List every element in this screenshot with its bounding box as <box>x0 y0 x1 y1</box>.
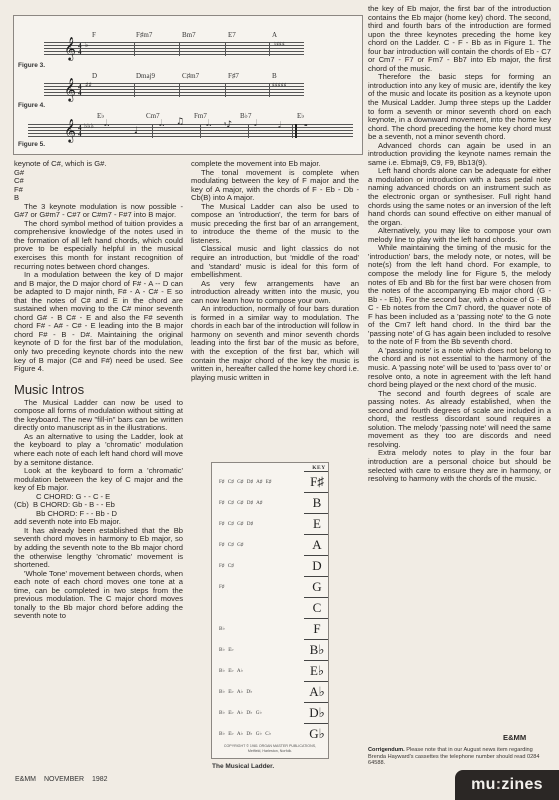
body-paragraph: The Musical Ladder can now be used to co… <box>14 399 183 433</box>
body-paragraph: As very few arrangements have an introdu… <box>191 280 359 306</box>
ladder-rung: F♯ C♯ G♯ D♯E <box>212 513 328 535</box>
body-paragraph: A 'passing note' is a note which does no… <box>368 347 551 390</box>
body-paragraph: Extra melody notes to play in the four b… <box>368 449 551 483</box>
key-signature-change: ♮♯♯♯ <box>274 41 285 48</box>
body-paragraph: 'Whole Tone' movement between chords, wh… <box>14 570 183 621</box>
time-signature: 44 <box>78 43 82 55</box>
figure-label: Figure 4. <box>18 102 45 109</box>
melody-note: 𝅗𝅥. <box>159 119 165 129</box>
key-signature-change: ♯♯♯♯♯ <box>272 82 287 89</box>
time-signature: 44 <box>78 125 82 137</box>
body-paragraph: Left hand chords alone can be adequate f… <box>368 167 551 227</box>
musical-ladder-chart: KEY F♯ C♯ G♯ D♯ A♯ E♯F♯ F♯ C♯ G♯ D♯ A♯B … <box>211 462 329 759</box>
melody-note: 𝅗𝅥 <box>278 121 281 131</box>
chord-symbol: D <box>92 72 97 80</box>
key-signature: ♭ <box>85 41 88 49</box>
chord-symbol: F <box>92 31 96 39</box>
author-signoff: E&MM <box>503 733 526 742</box>
chord-symbol: B <box>272 72 277 80</box>
melody-note: ♩ <box>134 126 138 136</box>
chord-symbol: Bm7 <box>182 31 196 39</box>
body-paragraph: The Musical Ladder can also be used to c… <box>191 203 359 246</box>
time-signature: 44 <box>78 84 82 96</box>
figure-caption: The Musical Ladder. <box>212 763 274 770</box>
ladder-rung: F♯ C♯ G♯ D♯ A♯B <box>212 492 328 514</box>
body-paragraph: It has already been established that the… <box>14 527 183 570</box>
chord-symbol: E7 <box>228 31 236 39</box>
melody-note: 𝅗𝅥. <box>104 119 110 129</box>
staff <box>44 83 304 97</box>
body-paragraph: The 3 keynote modulation is now possible… <box>14 203 183 220</box>
staff <box>44 42 304 56</box>
ladder-rung: F♯ C♯D <box>212 555 328 577</box>
ladder-rung: B♭ E♭ A♭ D♭ G♭ C♭G♭ <box>212 723 328 745</box>
figure-label: Figure 3. <box>18 62 45 69</box>
key-signature: ♯♯ <box>85 81 92 89</box>
melody-note: 𝅝 <box>304 119 308 129</box>
chord-symbol: A <box>272 31 277 39</box>
section-heading: Music Intros <box>14 382 183 397</box>
treble-clef-icon: 𝄞 <box>64 38 76 58</box>
issue-date: NOVEMBER 1982 <box>44 776 108 783</box>
body-paragraph: the key of Eb major, the first bar of th… <box>368 5 551 73</box>
chord-symbol: Dmaj9 <box>136 72 155 80</box>
melody-note: 𝅗𝅥 <box>254 119 257 129</box>
figure-label: Figure 5. <box>18 141 45 148</box>
corrigendum-note: Corrigendum. Please note that in our Aug… <box>368 747 550 767</box>
treble-clef-icon: 𝄞 <box>64 79 76 99</box>
ladder-rung: B♭ E♭B♭ <box>212 639 328 661</box>
body-paragraph: In a modulation between the key of D maj… <box>14 271 183 374</box>
keynote-item: F# <box>14 186 183 195</box>
body-paragraph: An introduction, normally of four bars d… <box>191 305 359 382</box>
keynote-item: G# <box>14 169 183 178</box>
chord-symbol: Fm7 <box>194 112 207 120</box>
ladder-rung: B♭F <box>212 618 328 640</box>
melody-note: ♫ <box>176 117 184 127</box>
ladder-rung: F♯ C♯ G♯A <box>212 534 328 556</box>
body-paragraph: Therefore the basic steps for forming an… <box>368 73 551 141</box>
treble-clef-icon: 𝄞 <box>64 120 76 140</box>
ladder-rung: B♭ E♭ A♭E♭ <box>212 660 328 682</box>
article-column-2: complete the movement into Eb major. The… <box>191 160 359 382</box>
ladder-rung: B♭ E♭ A♭ D♭ G♭D♭ <box>212 702 328 724</box>
body-paragraph: The tonal movement is complete when modu… <box>191 169 359 203</box>
chord-symbol: Cm7 <box>146 112 160 120</box>
ladder-rung: F♯ C♯ G♯ D♯ A♯ E♯F♯ <box>212 471 328 493</box>
body-paragraph: The second and fourth degrees of scale a… <box>368 390 551 450</box>
chord-symbol: F♯7 <box>228 72 239 80</box>
keynote-item: C# <box>14 177 183 186</box>
body-text: keynote of C#, which is G#. <box>14 160 183 169</box>
body-paragraph: While maintaining the timing of the musi… <box>368 244 551 347</box>
melody-note: 𝄾♪ <box>224 120 232 130</box>
chord-symbol: C♯m7 <box>182 72 199 80</box>
page-footer: E&MM NOVEMBER 1982 <box>15 776 108 783</box>
magazine-name: E&MM <box>15 776 36 783</box>
ladder-rung: C <box>212 597 328 619</box>
body-paragraph: Advanced chords can again be used in an … <box>368 142 551 168</box>
article-column-3: the key of Eb major, the first bar of th… <box>368 5 551 484</box>
copyright-notice: COPYRIGHT © 1981 ORGAN MASTER PUBLICATIO… <box>216 744 324 754</box>
article-column-1: keynote of C#, which is G#. G# C# F# B T… <box>14 160 183 621</box>
chord-symbol: F♯m7 <box>136 31 152 39</box>
muzines-logo[interactable]: mu:zines <box>455 770 559 800</box>
chord-symbol: B♭7 <box>240 112 251 120</box>
body-paragraph: As an alternative to using the Ladder, l… <box>14 433 183 467</box>
body-paragraph: The chord symbol method of tuition provi… <box>14 220 183 271</box>
magazine-page: F F♯m7 Bm7 E7 A 𝄞 44 ♭ ♮♯♯♯ Figure 3. D … <box>0 0 559 800</box>
ladder-rung: F♯G <box>212 576 328 598</box>
melody-note: 𝅗𝅥. <box>206 119 212 129</box>
body-paragraph: Classical music and light classics do no… <box>191 245 359 279</box>
body-paragraph: Look at the keyboard to form a 'chromati… <box>14 467 183 493</box>
key-signature: ♭♭♭ <box>84 122 94 130</box>
ladder-rung: B♭ E♭ A♭ D♭A♭ <box>212 681 328 703</box>
music-figures-box: F F♯m7 Bm7 E7 A 𝄞 44 ♭ ♮♯♯♯ Figure 3. D … <box>13 15 363 155</box>
body-paragraph: Alternatively, you may like to compose y… <box>368 227 551 244</box>
